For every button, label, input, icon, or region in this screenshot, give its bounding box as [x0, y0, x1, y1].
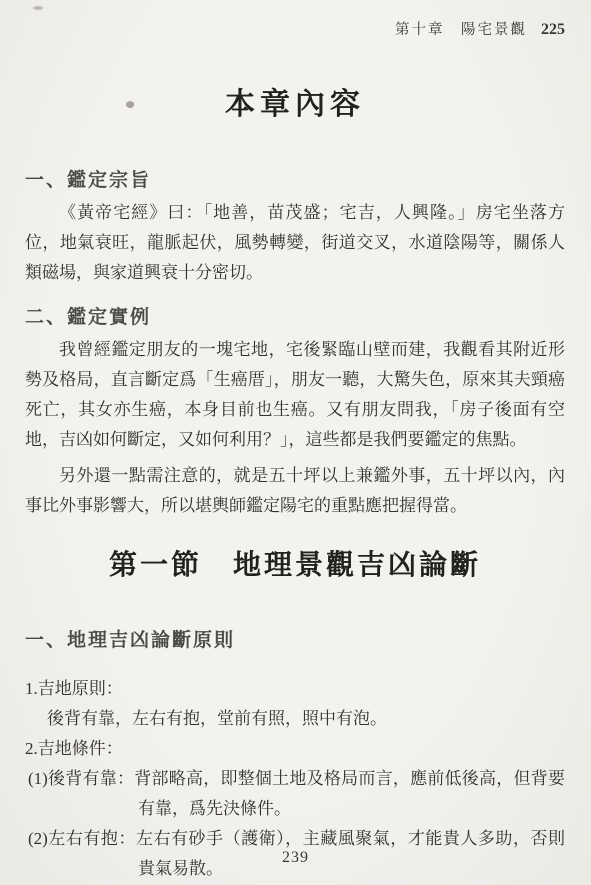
chapter-heading: 本章內容 — [25, 79, 565, 123]
running-head-page-number: 225 — [541, 21, 565, 38]
section2-paragraph1: 我曾經鑑定朋友的一塊宅地，宅後緊臨山壁而建，我觀看其附近形勢及格局，直言斷定爲「… — [25, 335, 565, 455]
running-head: 第十章 陽宅景觀225 — [25, 18, 565, 39]
section1-paragraph: 《黃帝宅經》曰：「地善，苗茂盛；宅吉，人興隆。」房宅坐落方位，地氣衰旺，龍脈起伏… — [25, 198, 565, 288]
outline-item1-title: 1.吉地原則： — [25, 674, 565, 704]
page-content: 第十章 陽宅景觀225 本章內容 一、鑑定宗旨 《黃帝宅經》曰：「地善，苗茂盛；… — [25, 0, 565, 884]
running-head-chapter: 第十章 陽宅景觀 — [395, 22, 527, 38]
book-page: 第十章 陽宅景觀225 本章內容 一、鑑定宗旨 《黃帝宅經》曰：「地善，苗茂盛；… — [0, 0, 591, 885]
section2-heading: 二、鑑定實例 — [25, 302, 565, 329]
outline-item2-sub1: (1)後背有靠：背部略高，即整個土地及格局而言，應前低後高，但背要有靠，爲先決條… — [28, 764, 565, 824]
part1-subsection-heading: 一、地理吉凶論斷原則 — [25, 625, 565, 652]
outline-item1-body: 後背有靠，左右有抱，堂前有照，照中有泡。 — [25, 704, 565, 734]
part1-heading: 第一節 地理景觀吉凶論斷 — [25, 543, 565, 583]
outline-item2-title: 2.吉地條件： — [25, 734, 565, 764]
section1-heading: 一、鑑定宗旨 — [25, 165, 565, 192]
section2-paragraph2: 另外還一點需注意的，就是五十坪以上兼鑑外事，五十坪以內，內事比外事影響大，所以堪… — [25, 461, 565, 521]
folio-page-number: 239 — [0, 849, 591, 867]
